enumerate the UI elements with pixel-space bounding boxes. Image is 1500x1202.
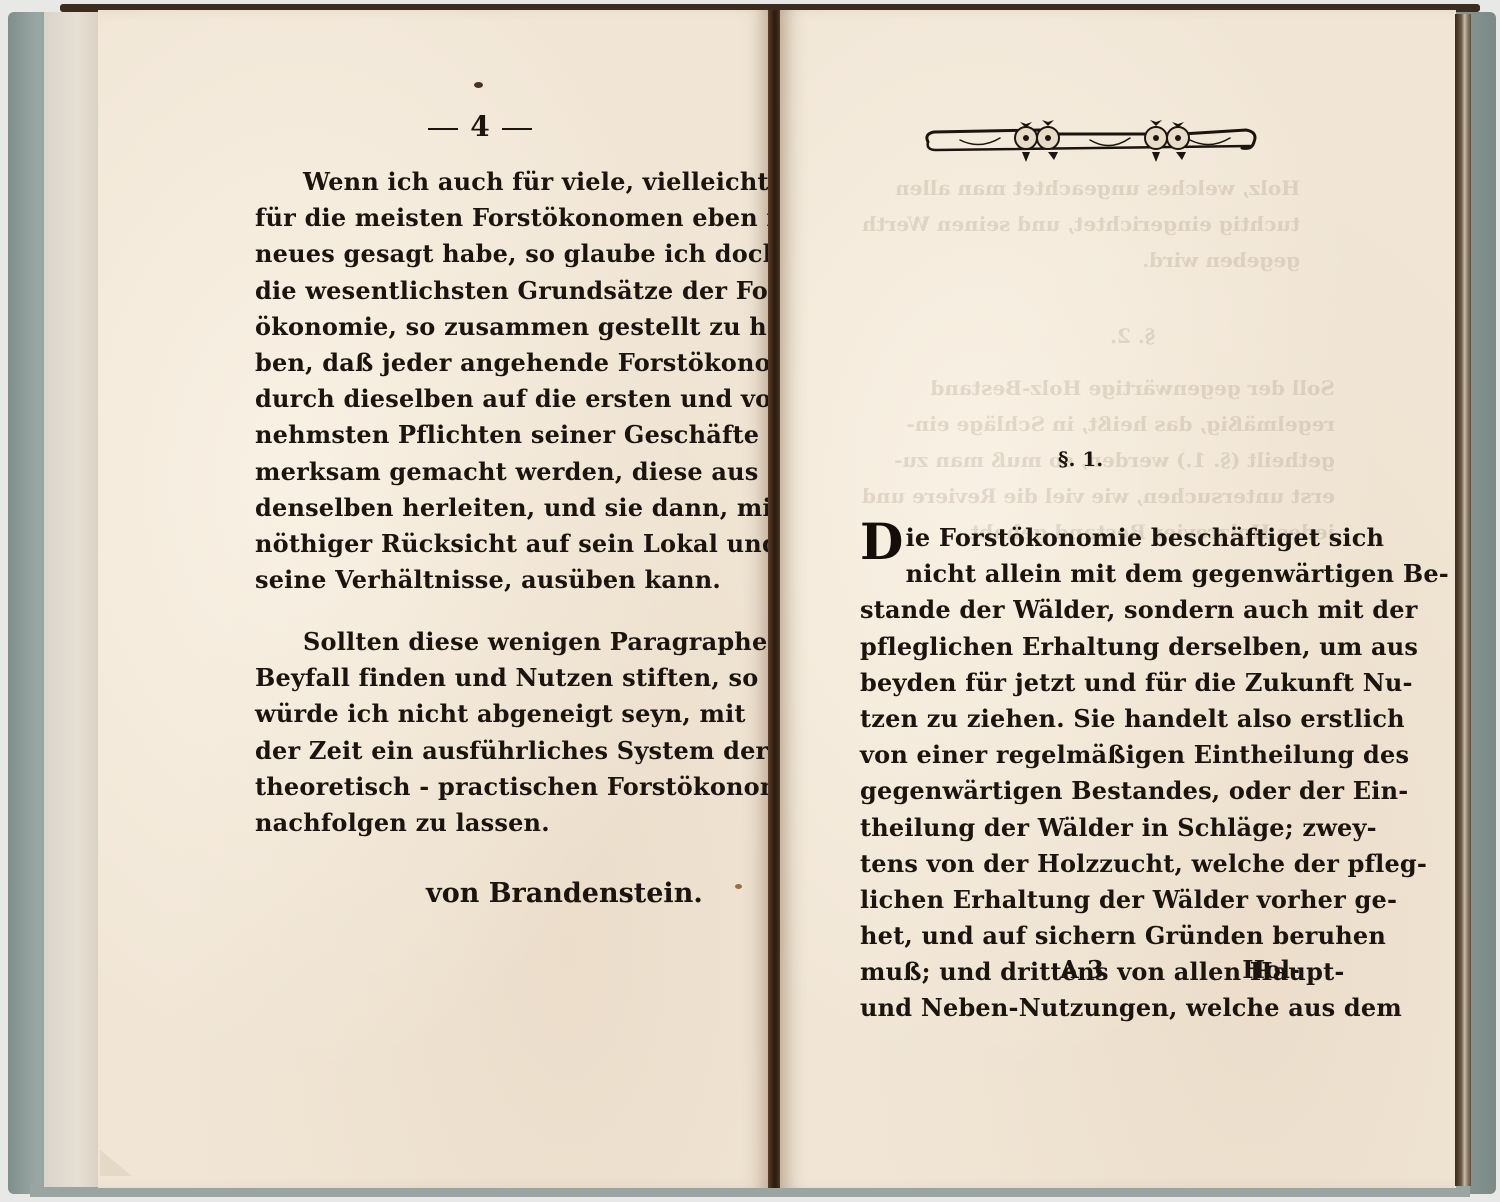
- text-line: würde ich nicht abgeneigt seyn, mit: [255, 696, 692, 732]
- text-line: Wenn ich auch für viele, vielleicht: [255, 164, 692, 200]
- text-line: der Zeit ein ausführliches System der: [255, 733, 692, 769]
- text-line: ökonomie, so zusammen gestellt zu ha-: [255, 309, 692, 345]
- text-line: für die meisten Forstökonomen eben nicht…: [255, 200, 692, 236]
- left-page-paragraph-1: Wenn ich auch für viele, vielleicht für …: [255, 164, 692, 598]
- text-line: die wesentlichsten Grundsätze der Forst-: [255, 273, 692, 309]
- text-line: beyden für jetzt und für die Zukunft Nu-: [860, 665, 1302, 701]
- text-line: nicht allein mit dem gegenwärtigen Be-: [860, 556, 1302, 592]
- dash-left: [428, 128, 458, 130]
- page-number-left: 4: [400, 110, 560, 143]
- text-line: denselben herleiten, und sie dann, mit: [255, 490, 692, 526]
- text-line: lichen Erhaltung der Wälder vorher ge-: [860, 882, 1302, 918]
- section-heading: §. 1.: [1058, 447, 1103, 471]
- text-line: ben, daß jeder angehende Forstökonom: [255, 345, 692, 381]
- catchword: Hol-: [1242, 955, 1300, 984]
- corner-fold: [100, 1150, 132, 1176]
- bleed-through-text: Holz, welches ungeachtet man allentuchti…: [862, 170, 1300, 278]
- text-line: merksam gemacht werden, diese aus: [255, 454, 692, 490]
- text-line: pfleglichen Erhaltung derselben, um aus: [860, 629, 1302, 665]
- text-line: Sollten diese wenigen Paragraphen: [255, 624, 692, 660]
- signature-mark: A 3: [1060, 955, 1104, 984]
- text-line: ie Forstökonomie beschäftiget sich: [860, 520, 1302, 556]
- floral-ornament-icon: [920, 116, 1260, 168]
- text-line: het, und auf sichern Gründen beruhen: [860, 918, 1302, 954]
- text-line: nachfolgen zu lassen.: [255, 805, 692, 841]
- stain-fleck: [735, 884, 742, 889]
- text-line: von einer regelmäßigen Eintheilung des: [860, 737, 1302, 773]
- page-block-edge: [1455, 14, 1471, 1186]
- text-line: stande der Wälder, sondern auch mit der: [860, 592, 1302, 628]
- drop-cap: D: [860, 522, 904, 562]
- text-line: tens von der Holzzucht, welche der pfleg…: [860, 846, 1302, 882]
- text-line: theoretisch - practischen Forstökonomie: [255, 769, 692, 805]
- dash-right: [502, 128, 532, 130]
- text-line: nöthiger Rücksicht auf sein Lokal und: [255, 526, 692, 562]
- author-signature: von Brandenstein.: [426, 878, 703, 909]
- bleed-through-text: §. 2.: [1110, 318, 1155, 354]
- text-line: tzen zu ziehen. Sie handelt also erstlic…: [860, 701, 1302, 737]
- right-page-body: D ie Forstökonomie beschäftiget sich nic…: [860, 520, 1302, 1027]
- text-line: theilung der Wälder in Schläge; zwey-: [860, 810, 1302, 846]
- text-line: nehmsten Pflichten seiner Geschäfte auf-: [255, 417, 692, 453]
- left-page-paragraph-2: Sollten diese wenigen Paragraphen Beyfal…: [255, 624, 692, 841]
- text-line: durch dieselben auf die ersten und vor-: [255, 381, 692, 417]
- endpaper-left: [44, 12, 101, 1187]
- text-line: und Neben-Nutzungen, welche aus dem: [860, 990, 1302, 1026]
- text-line: gegenwärtigen Bestandes, oder der Ein-: [860, 773, 1302, 809]
- page-number: 4: [470, 110, 489, 143]
- text-line: neues gesagt habe, so glaube ich doch,: [255, 236, 692, 272]
- text-line: seine Verhältnisse, ausüben kann.: [255, 562, 692, 598]
- text-line: Beyfall finden und Nutzen stiften, so: [255, 660, 692, 696]
- ink-fleck: [474, 82, 483, 88]
